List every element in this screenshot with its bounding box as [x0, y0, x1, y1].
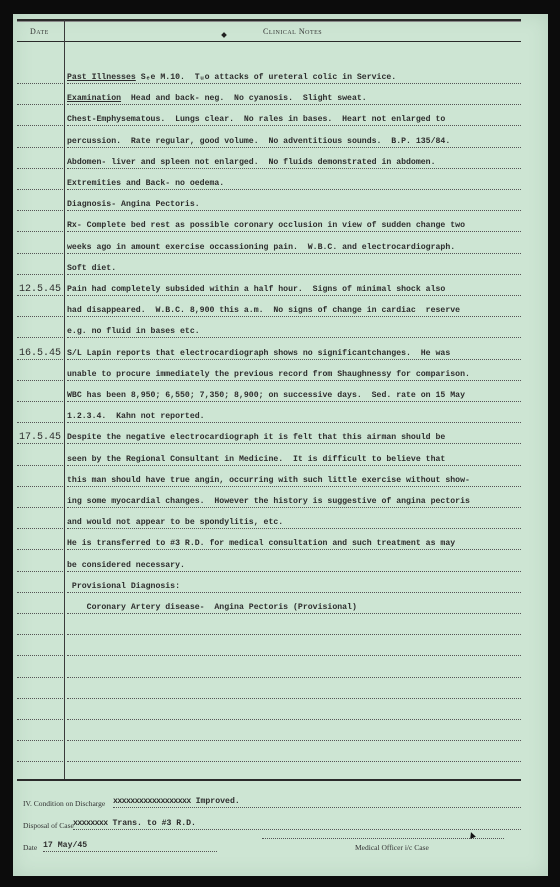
row-text: had disappeared. W.B.C. 8,900 this a.m. … [67, 306, 521, 317]
row-text: ing some myocardial changes. However the… [67, 497, 521, 508]
note-text: unable to procure immediately the previo… [67, 370, 470, 379]
row-date [17, 242, 63, 254]
note-text: e.g. no fluid in bases etc. [67, 327, 200, 336]
note-row: Provisional Diagnosis: [17, 579, 521, 597]
note-row: unable to procure immediately the previo… [17, 367, 521, 385]
row-date [17, 644, 63, 656]
row-date [17, 538, 63, 550]
row-date [17, 666, 63, 678]
note-row [17, 642, 521, 660]
row-text: S/L Lapin reports that electrocardiograp… [67, 349, 521, 360]
note-text: weeks ago in amount exercise occassionin… [67, 243, 455, 252]
note-row: Coronary Artery disease- Angina Pectoris… [17, 600, 521, 618]
condition-on-discharge-field: IV. Condition on Discharge xxxxxxxxxxxxx… [17, 796, 521, 810]
row-text: WBC has been 8,950; 6,550; 7,350; 8,900;… [67, 391, 521, 402]
note-row: WBC has been 8,950; 6,550; 7,350; 8,900;… [17, 388, 521, 406]
row-date [17, 220, 63, 232]
row-text [67, 667, 521, 678]
date-column-header: Date [30, 27, 49, 36]
row-text: percussion. Rate regular, good volume. N… [67, 137, 521, 148]
row-text: this man should have true angin, occurri… [67, 476, 521, 487]
note-row: Extremities and Back- no oedema. [17, 176, 521, 194]
note-row: and would not appear to be spondylitis, … [17, 515, 521, 533]
row-date [17, 114, 63, 126]
row-text: e.g. no fluid in bases etc. [67, 327, 521, 338]
row-date [17, 581, 63, 593]
note-text: Abdomen- liver and spleen not enlarged. … [67, 158, 436, 167]
disposal-label: Disposal of Case [23, 821, 74, 830]
row-text [67, 751, 521, 762]
note-row: Soft diet. [17, 261, 521, 279]
row-text: Examination Head and back- neg. No cyano… [67, 94, 521, 105]
note-row: 12.5.45Pain had completely subsided with… [17, 282, 521, 300]
row-text: He is transferred to #3 R.D. for medical… [67, 539, 521, 550]
signature-label: Medical Officer i/c Case [355, 843, 429, 852]
note-text: WBC has been 8,950; 6,550; 7,350; 8,900;… [67, 391, 465, 400]
row-text: weeks ago in amount exercise occassionin… [67, 243, 521, 254]
disposal-value: Trans. to #3 R.D. [112, 819, 196, 828]
row-date [17, 326, 63, 338]
note-row [17, 727, 521, 745]
row-date [17, 454, 63, 466]
row-date [17, 72, 63, 84]
disposal-of-case-field: Disposal of Case xxxxxxxx Trans. to #3 R… [17, 818, 521, 832]
section-heading: Examination [67, 94, 121, 103]
note-text: this man should have true angin, occurri… [67, 476, 470, 485]
note-text: Rx- Complete bed rest as possible corona… [67, 221, 465, 230]
row-text: Soft diet. [67, 264, 521, 275]
note-row: Rx- Complete bed rest as possible corona… [17, 218, 521, 236]
note-row [17, 706, 521, 724]
row-date [17, 750, 63, 762]
row-text: Chest-Emphysematous. Lungs clear. No ral… [67, 115, 521, 126]
row-date [17, 178, 63, 190]
note-row: 17.5.45Despite the negative electrocardi… [17, 430, 521, 448]
row-date [17, 390, 63, 402]
row-text: seen by the Regional Consultant in Medic… [67, 455, 521, 466]
row-date [17, 305, 63, 317]
row-date: 16.5.45 [17, 348, 63, 360]
note-text: Chest-Emphysematous. Lungs clear. No ral… [67, 115, 445, 124]
note-row: He is transferred to #3 R.D. for medical… [17, 536, 521, 554]
note-text: seen by the Regional Consultant in Medic… [67, 455, 445, 464]
date-value: 17 May/45 [43, 841, 217, 852]
date-label: Date [23, 843, 37, 852]
row-date [17, 199, 63, 211]
note-row: 1.2.3.4. Kahn not reported. [17, 409, 521, 427]
row-text: Past Illnesses Sₑe M.10. Tᵤo attacks of … [67, 73, 521, 84]
note-row [17, 748, 521, 766]
note-row: Chest-Emphysematous. Lungs clear. No ral… [17, 112, 521, 130]
note-text: S/L Lapin reports that electrocardiograp… [67, 349, 450, 358]
note-row: Abdomen- liver and spleen not enlarged. … [17, 155, 521, 173]
note-row: this man should have true angin, occurri… [17, 473, 521, 491]
note-text: and would not appear to be spondylitis, … [67, 518, 283, 527]
note-text: Head and back- neg. No cyanosis. Slight … [121, 94, 367, 103]
note-row [17, 664, 521, 682]
header-rule [17, 41, 521, 42]
discharge-date-field: Date 17 May/45 [17, 840, 217, 854]
note-row: weeks ago in amount exercise occassionin… [17, 240, 521, 258]
row-date [17, 687, 63, 699]
row-date [17, 263, 63, 275]
row-text: Despite the negative electrocardiograph … [67, 433, 521, 444]
struck-text: xxxxxxxxxxxxxxxxxx [113, 797, 191, 806]
row-text [67, 730, 521, 741]
note-row [17, 685, 521, 703]
note-row: Diagnosis- Angina Pectoris. [17, 197, 521, 215]
row-text: Coronary Artery disease- Angina Pectoris… [67, 603, 521, 614]
row-text: Pain had completely subsided within a ha… [67, 285, 521, 296]
row-text: unable to procure immediately the previo… [67, 370, 521, 381]
row-date [17, 729, 63, 741]
row-date [17, 369, 63, 381]
signature-line [262, 838, 504, 839]
row-date [17, 93, 63, 105]
row-date [17, 708, 63, 720]
note-row: percussion. Rate regular, good volume. N… [17, 134, 521, 152]
row-date: 17.5.45 [17, 432, 63, 444]
row-date [17, 411, 63, 423]
note-text: Provisional Diagnosis: [67, 582, 180, 591]
row-text: Extremities and Back- no oedema. [67, 179, 521, 190]
note-text: Soft diet. [67, 264, 116, 273]
row-date [17, 602, 63, 614]
note-text: be considered necessary. [67, 561, 185, 570]
note-row: 16.5.45S/L Lapin reports that electrocar… [17, 346, 521, 364]
note-text: Extremities and Back- no oedema. [67, 179, 224, 188]
row-date [17, 475, 63, 487]
note-row: e.g. no fluid in bases etc. [17, 324, 521, 342]
condition-value: Improved. [196, 797, 240, 806]
note-text: He is transferred to #3 R.D. for medical… [67, 539, 455, 548]
row-text [67, 624, 521, 635]
row-date [17, 517, 63, 529]
note-text: Despite the negative electrocardiograph … [67, 433, 445, 442]
row-text: be considered necessary. [67, 561, 521, 572]
row-date [17, 157, 63, 169]
note-text: Sₑe M.10. Tᵤo attacks of ureteral colic … [136, 73, 396, 82]
note-text: Diagnosis- Angina Pectoris. [67, 200, 200, 209]
note-row: ing some myocardial changes. However the… [17, 494, 521, 512]
row-date [17, 136, 63, 148]
note-row: Past Illnesses Sₑe M.10. Tᵤo attacks of … [17, 70, 521, 88]
note-row: Examination Head and back- neg. No cyano… [17, 91, 521, 109]
note-row: seen by the Regional Consultant in Medic… [17, 452, 521, 470]
row-text: Rx- Complete bed rest as possible corona… [67, 221, 521, 232]
bottom-rule [17, 779, 521, 781]
clinical-notes-column-header: Clinical Notes [263, 27, 322, 36]
note-text: ing some myocardial changes. However the… [67, 497, 470, 506]
row-date [17, 496, 63, 508]
note-row: be considered necessary. [17, 558, 521, 576]
condition-label: IV. Condition on Discharge [23, 799, 105, 808]
note-row [17, 621, 521, 639]
section-heading: Past Illnesses [67, 73, 136, 82]
row-text: 1.2.3.4. Kahn not reported. [67, 412, 521, 423]
row-date [17, 623, 63, 635]
row-text: and would not appear to be spondylitis, … [67, 518, 521, 529]
note-text: percussion. Rate regular, good volume. N… [67, 137, 450, 146]
note-text: Pain had completely subsided within a ha… [67, 285, 445, 294]
note-text: Coronary Artery disease- Angina Pectoris… [67, 603, 357, 612]
row-text [67, 688, 521, 699]
row-text [67, 645, 521, 656]
row-date: 12.5.45 [17, 284, 63, 296]
top-rule [17, 19, 521, 21]
row-text: Diagnosis- Angina Pectoris. [67, 200, 521, 211]
row-date [17, 560, 63, 572]
note-text: 1.2.3.4. Kahn not reported. [67, 412, 205, 421]
row-text: Abdomen- liver and spleen not enlarged. … [67, 158, 521, 169]
row-text: Provisional Diagnosis: [67, 582, 521, 593]
row-text [67, 709, 521, 720]
note-text: had disappeared. W.B.C. 8,900 this a.m. … [67, 306, 460, 315]
struck-text: xxxxxxxx [73, 819, 108, 828]
note-row: had disappeared. W.B.C. 8,900 this a.m. … [17, 303, 521, 321]
